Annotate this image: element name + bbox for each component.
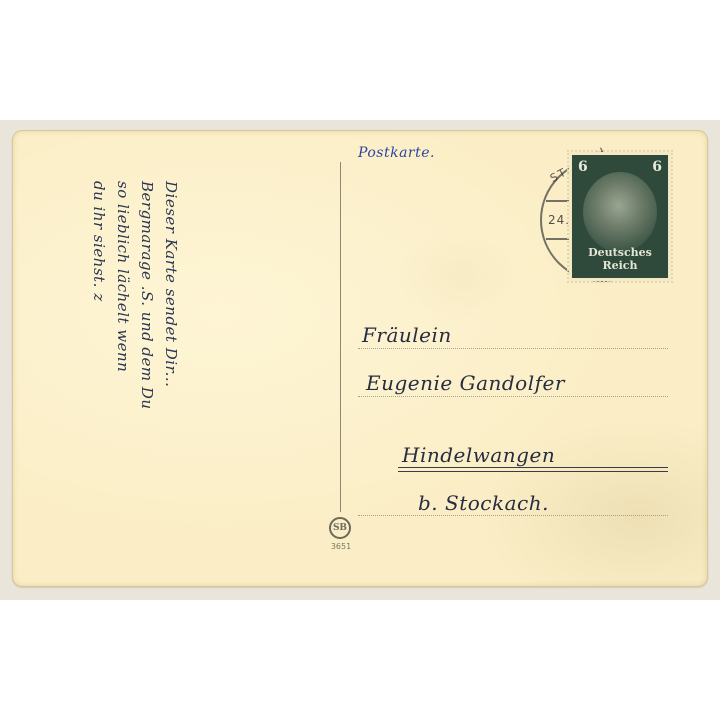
message-line: so lieblich lächelt wenn (111, 181, 135, 410)
stamp-country: Deutsches Reich (572, 246, 668, 272)
address-block: Fräulein Eugenie Gandolfer Hindelwangen … (358, 321, 668, 531)
center-divider (340, 162, 341, 512)
postage-stamp: 6 6 Deutsches Reich (572, 155, 668, 278)
address-dotted-line (358, 515, 668, 516)
handwritten-message: Dieser Karte sendet Dir... Bergmarage .S… (87, 181, 183, 410)
message-line: Dieser Karte sendet Dir... (159, 181, 183, 410)
stamp-value-right: 6 (652, 159, 662, 175)
message-line: Bergmarage .S. und dem Du (135, 181, 159, 410)
address-dotted-line (358, 396, 668, 397)
postcard: Postkarte. Dieser Karte sendet Dir... Be… (13, 131, 707, 586)
address-line-3: Hindelwangen (402, 443, 555, 467)
address-line-1: Fräulein (362, 323, 452, 347)
address-dotted-line (358, 348, 668, 349)
address-line-2: Eugenie Gandolfer (366, 371, 565, 395)
address-line-4: b. Stockach. (418, 491, 549, 515)
stamp-value-left: 6 (578, 159, 588, 175)
postcard-header-label: Postkarte. (358, 145, 435, 161)
publisher-number: 3651 (326, 542, 356, 551)
publisher-logo-icon: SB (329, 517, 351, 539)
message-line: du ihr siehst. z (87, 181, 111, 410)
address-double-line (398, 467, 668, 472)
portrait-medallion-icon (583, 172, 657, 252)
